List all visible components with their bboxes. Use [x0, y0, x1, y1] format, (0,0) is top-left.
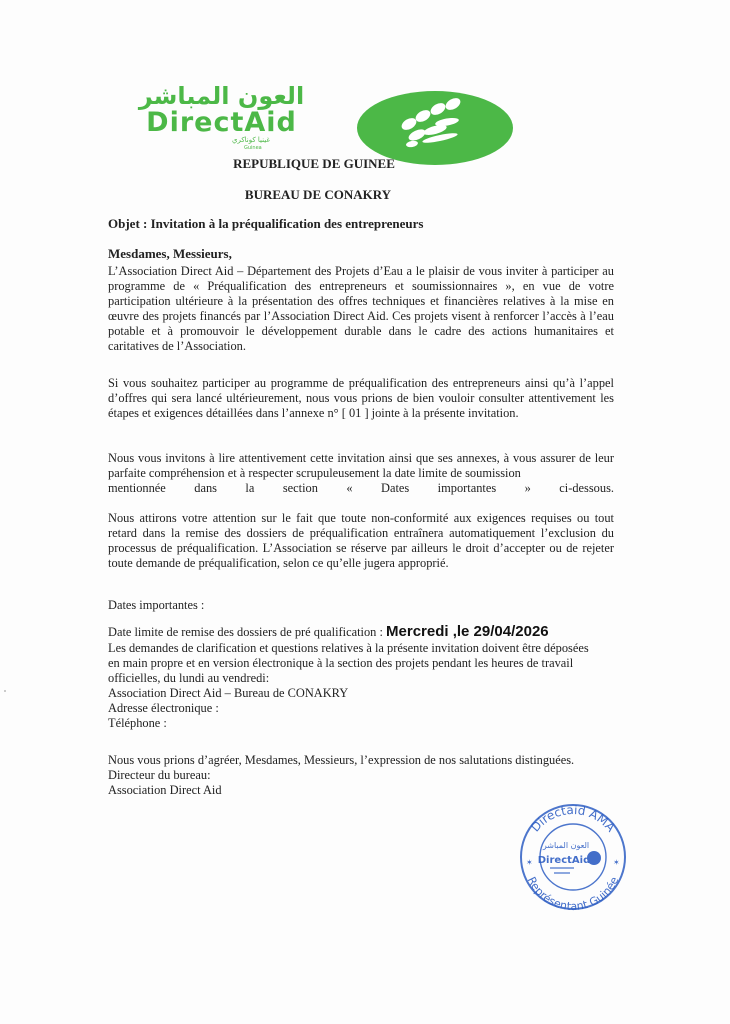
logo-latin-name: DirectAid	[104, 108, 339, 138]
paragraph-instructions-text: Nous vous invitons à lire attentivement …	[108, 451, 614, 480]
svg-text:✶: ✶	[613, 858, 620, 867]
stamp-top-text: Directaid AMA	[528, 803, 618, 835]
signatory-title: Directeur du bureau:	[108, 768, 648, 783]
logo-subtitle-english: Guinea	[244, 145, 262, 151]
clarification-line: officielles, du lundi au vendredi:	[108, 671, 618, 686]
clarification-line: Les demandes de clarification et questio…	[108, 641, 618, 656]
office-address: Association Direct Aid – Bureau de CONAK…	[108, 686, 618, 701]
scan-speck	[4, 690, 6, 692]
deadline-line: Date limite de remise des dossiers de pr…	[108, 624, 668, 640]
logo-subtitle-arabic: غينيا كوناكري	[232, 136, 270, 144]
letter-page: العون المباشر DirectAid غينيا كوناكري Gu…	[0, 0, 730, 1024]
official-stamp: Directaid AMA Représentant Guinée ✶ ✶ ال…	[512, 803, 634, 911]
phone-label: Téléphone :	[108, 716, 618, 731]
paragraph-instructions: Nous vous invitons à lire attentivement …	[108, 451, 614, 496]
clarification-line: en main propre et en version électroniqu…	[108, 656, 618, 671]
deadline-value: Mercredi ,le 29/04/2026	[386, 623, 549, 640]
email-label: Adresse électronique :	[108, 701, 618, 716]
paragraph-compliance: Nous attirons votre attention sur le fai…	[108, 511, 614, 571]
paragraph-instructions-last-line: mentionnée dans la section « Dates impor…	[108, 481, 614, 496]
salutation: Mesdames, Messieurs,	[108, 246, 614, 261]
directaid-logo-wordmark: العون المباشر DirectAid غينيا كوناكري Gu…	[104, 86, 339, 156]
country-heading: REPUBLIQUE DE GUINEE	[0, 156, 628, 172]
stamp-inner-latin: DirectAid	[538, 855, 590, 866]
office-heading: BUREAU DE CONAKRY	[0, 187, 636, 203]
paragraph-introduction: L’Association Direct Aid – Département d…	[108, 264, 614, 354]
svg-text:✶: ✶	[526, 858, 533, 867]
paragraph-participation: Si vous souhaitez participer au programm…	[108, 376, 614, 421]
subject-line: Objet : Invitation à la préqualification…	[108, 216, 614, 231]
stamp-inner-arabic: العون المباشر	[542, 841, 589, 850]
stamp-bottom-text: Représentant Guinée	[525, 875, 622, 911]
logo-arabic-name: العون المباشر	[104, 82, 339, 110]
clarification-section: Les demandes de clarification et questio…	[108, 641, 618, 731]
closing-formula: Nous vous prions d’agréer, Mesdames, Mes…	[108, 753, 648, 768]
closing-section: Nous vous prions d’agréer, Mesdames, Mes…	[108, 753, 648, 798]
deadline-label: Date limite de remise des dossiers de pr…	[108, 625, 386, 639]
signatory-organization: Association Direct Aid	[108, 783, 648, 798]
important-dates-label: Dates importantes :	[108, 598, 614, 613]
